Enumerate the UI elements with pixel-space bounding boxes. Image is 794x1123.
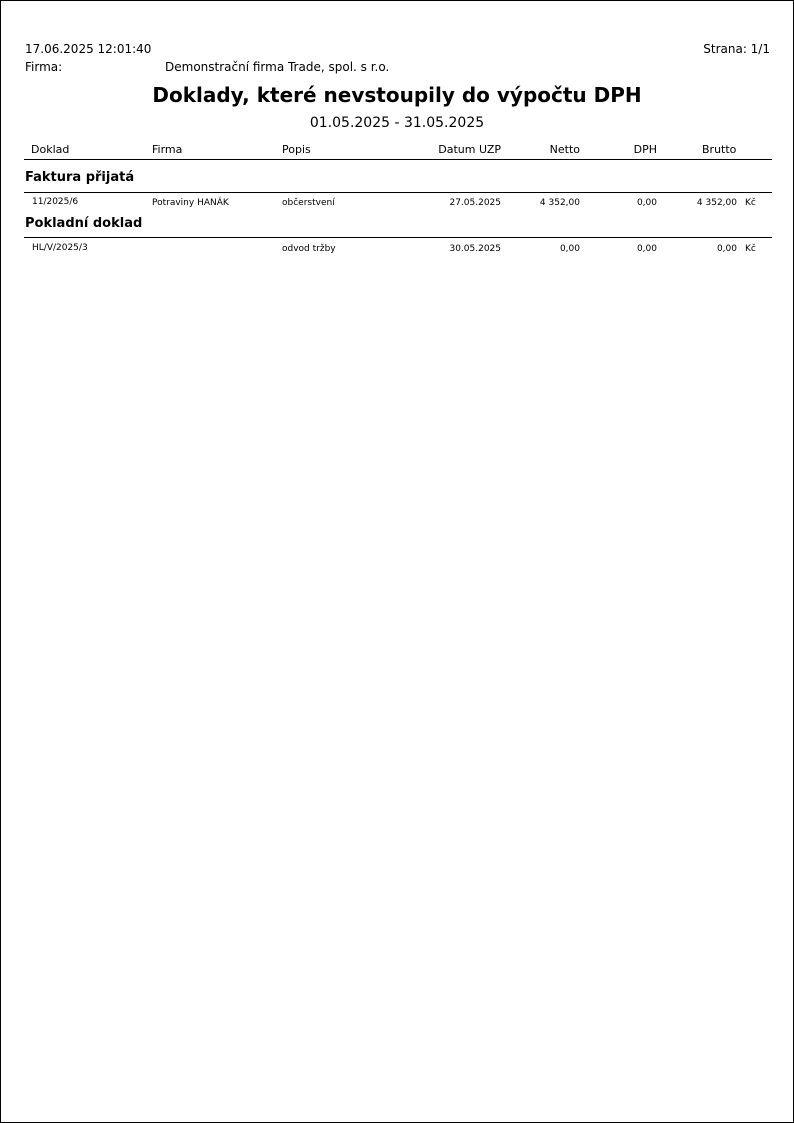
cell-currency: Kč — [745, 198, 756, 208]
column-header-dph: DPH — [581, 143, 657, 156]
cell-popis: občerstvení — [282, 198, 335, 208]
report-page: 17.06.2025 12:01:40 Strana: 1/1 Firma: D… — [0, 0, 794, 1123]
cell-netto: 4 352,00 — [501, 198, 580, 208]
page-number: Strana: 1/1 — [703, 42, 770, 56]
group-divider — [24, 237, 772, 238]
column-header-firma: Firma — [152, 143, 182, 156]
column-header-netto: Netto — [501, 143, 580, 156]
cell-datum-uzp: 30.05.2025 — [401, 244, 501, 254]
cell-brutto: 4 352,00 — [661, 198, 737, 208]
header-divider — [24, 159, 772, 160]
firm-label: Firma: — [25, 60, 62, 74]
cell-currency: Kč — [745, 244, 756, 254]
group-heading: Faktura přijatá — [25, 170, 134, 185]
cell-doklad: HL/V/2025/3 — [32, 243, 88, 253]
column-header-datum-uzp: Datum UZP — [401, 143, 501, 156]
group-heading: Pokladní doklad — [25, 216, 142, 231]
column-header-brutto: Brutto — [702, 143, 736, 156]
column-header-popis: Popis — [282, 143, 311, 156]
report-title: Doklady, které nevstoupily do výpočtu DP… — [1, 83, 793, 107]
cell-brutto: 0,00 — [661, 244, 737, 254]
report-period: 01.05.2025 - 31.05.2025 — [1, 115, 793, 131]
cell-dph: 0,00 — [581, 198, 657, 208]
group-divider — [24, 192, 772, 193]
cell-dph: 0,00 — [581, 244, 657, 254]
cell-popis: odvod tržby — [282, 244, 336, 254]
column-header-doklad: Doklad — [31, 143, 69, 156]
printed-timestamp: 17.06.2025 12:01:40 — [25, 42, 151, 56]
cell-netto: 0,00 — [501, 244, 580, 254]
firm-name: Demonstrační firma Trade, spol. s r.o. — [165, 60, 389, 74]
cell-firma: Potraviny HANÁK — [152, 198, 229, 208]
cell-doklad: 11/2025/6 — [32, 197, 78, 207]
cell-datum-uzp: 27.05.2025 — [401, 198, 501, 208]
